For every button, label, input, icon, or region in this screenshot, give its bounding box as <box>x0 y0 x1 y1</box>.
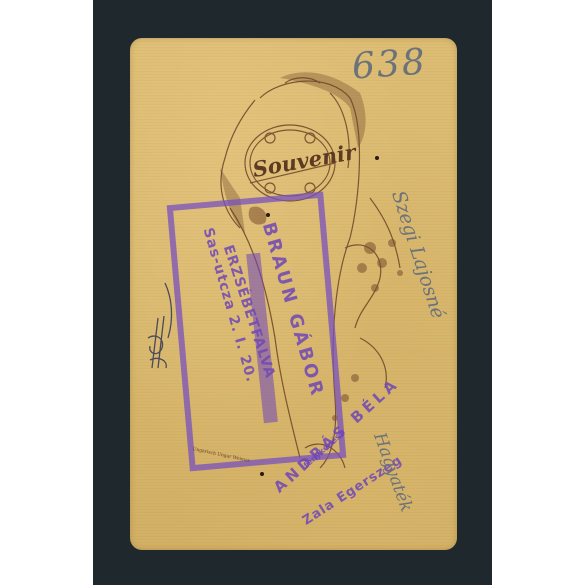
pinhole <box>260 472 264 476</box>
pinhole <box>375 156 379 160</box>
pinhole <box>266 213 270 217</box>
photo-card-back: 638 <box>130 38 457 550</box>
